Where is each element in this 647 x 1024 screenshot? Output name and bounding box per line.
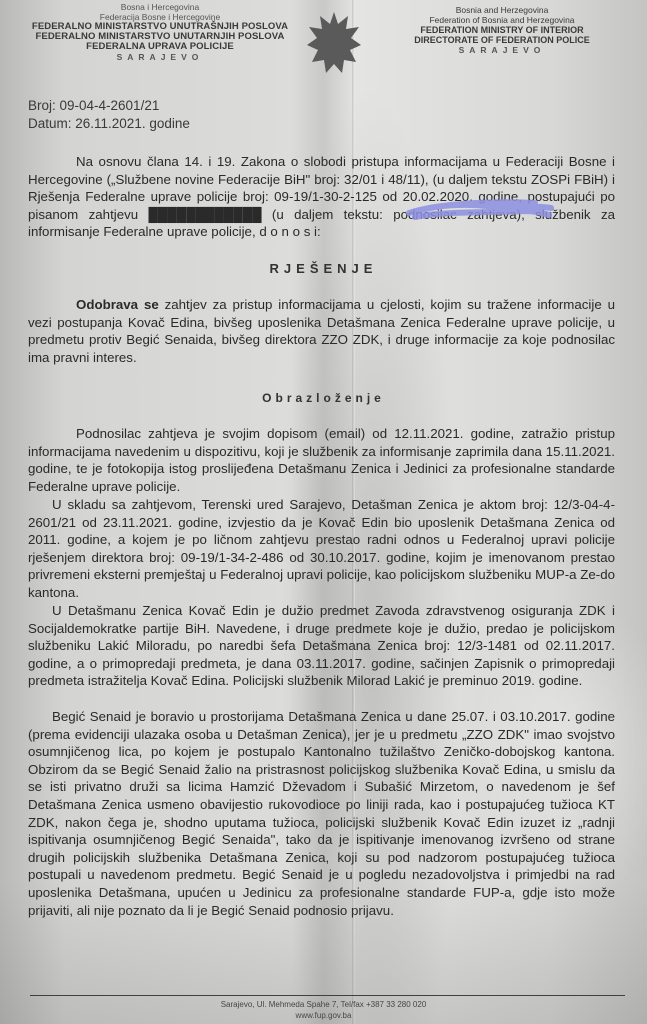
- reasoning-paragraph-2: U skladu sa zahtjevom, Terenski ured Sar…: [28, 496, 615, 602]
- letterhead-english: Bosnia and Herzegovina Federation of Bos…: [392, 5, 612, 55]
- reference-block: Broj: 09-04-4-2601/21 Datum: 26.11.2021.…: [28, 97, 190, 133]
- redaction-scribble: [405, 199, 555, 223]
- decision-title: RJEŠENJE: [0, 261, 647, 276]
- country-name-en: Bosnia and Herzegovina: [392, 5, 612, 15]
- footer-website-link[interactable]: www.fup.gov.ba: [296, 1011, 352, 1020]
- reasoning-title: Obrazloženje: [0, 391, 647, 405]
- reasoning-paragraph-4: Begić Senaid je boravio u prostorijama D…: [28, 708, 615, 919]
- police-star-emblem-icon: [306, 10, 362, 76]
- city-name-en: SARAJEVO: [392, 45, 612, 55]
- reasoning-paragraph-1: Podnosilac zahtjeva je svojim dopisom (e…: [28, 425, 615, 495]
- reasoning-text-4: Begić Senaid je boravio u prostorijama D…: [28, 709, 615, 918]
- directorate-name-en: DIRECTORATE OF FEDERATION POLICE: [392, 35, 612, 45]
- reference-number: Broj: 09-04-4-2601/21: [28, 97, 190, 115]
- federation-name-en: Federation of Bosnia and Herzegovina: [392, 15, 612, 25]
- intro-text: Na osnovu člana 14. i 19. Zakona o slobo…: [28, 154, 615, 239]
- reasoning-text-1: Podnosilac zahtjeva je svojim dopisom (e…: [28, 426, 615, 494]
- footer: Sarajevo, Ul. Mehmeda Spahe 7, Tel/fax +…: [0, 999, 647, 1021]
- reference-date: Datum: 26.11.2021. godine: [28, 115, 190, 133]
- reasoning-text-3: U Detašmanu Zenica Kovač Edin je dužio p…: [28, 603, 615, 688]
- reasoning-text-2: U skladu sa zahtjevom, Terenski ured Sar…: [28, 497, 615, 600]
- footer-address: Sarajevo, Ul. Mehmeda Spahe 7, Tel/fax +…: [0, 999, 647, 1010]
- city-name: SARAJEVO: [10, 52, 310, 62]
- directorate-name: FEDERALNA UPRAVA POLICIJE: [10, 42, 310, 52]
- decision-paragraph: Odobrava se zahtjev za pristup informaci…: [28, 296, 615, 366]
- letterhead-local: Bosna i Hercegovina Federacija Bosne i H…: [10, 2, 310, 62]
- ministry-name-en: FEDERATION MINISTRY OF INTERIOR: [392, 25, 612, 35]
- country-name: Bosna i Hercegovina: [10, 2, 310, 12]
- intro-paragraph: Na osnovu člana 14. i 19. Zakona o slobo…: [28, 153, 615, 241]
- decision-lead: Odobrava se: [76, 297, 159, 312]
- reasoning-paragraph-3: U Detašmanu Zenica Kovač Edin je dužio p…: [28, 602, 615, 690]
- footer-divider: [30, 995, 625, 996]
